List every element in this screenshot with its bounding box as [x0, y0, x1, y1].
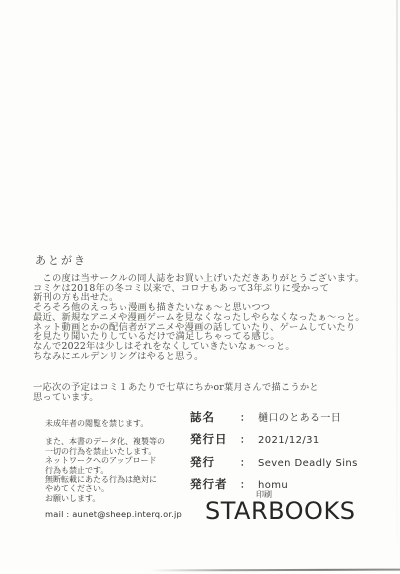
printer-name: STARBOOKS [205, 497, 355, 525]
colophon-separator: ： [240, 454, 258, 469]
colophon-label: 発行日 [190, 431, 240, 447]
text-line: 行為も禁止です。 [45, 466, 190, 475]
colophon-value: 2021/12/31 [258, 435, 320, 446]
scanned-afterword-page: あとがき この度は当サークルの同人誌をお買い上げいただきありがとうございます。 … [0, 0, 400, 574]
colophon-separator: ： [240, 431, 258, 446]
mail-address: mail : aunet@sheep.interq.or.jp [45, 510, 190, 519]
colophon-label: 誌名 [190, 409, 240, 425]
colophon-row-publisher: 発行 ： Seven Deadly Sins [190, 454, 390, 476]
text-line: やめてください。 [45, 484, 190, 493]
colophon-row-author: 発行者 ： homu [190, 476, 390, 498]
age-restriction-notice: 未成年者の閲覧を禁じます。 [45, 419, 190, 428]
text-line: ネットワークへのアップロード [45, 456, 190, 465]
text-line: 思っています。 [33, 393, 391, 403]
text-line: また、本書のデータ化、複製等の [45, 437, 190, 446]
copyright-notice: また、本書のデータ化、複製等の 一切の行為を禁止いたします。 ネットワークへのア… [45, 437, 190, 503]
afterword-paragraph-2: 一応次の予定はコミ１あたりで七草にちかor葉月さんで描こうかと 思っています。 [33, 383, 391, 403]
afterword-paragraph-1: この度は当サークルの同人誌をお買い上げいただきありがとうございます。 コミケは2… [33, 274, 391, 361]
colophon-value: Seven Deadly Sins [258, 458, 358, 469]
colophon-separator: ： [240, 409, 258, 424]
scan-edge-right [396, 0, 398, 545]
colophon-label: 発行 [190, 454, 240, 470]
text-line: 無断転載にあたる行為は絶対に [45, 475, 190, 484]
afterword-heading: あとがき [35, 252, 87, 268]
text-line: 一切の行為を禁止いたします。 [45, 447, 190, 456]
colophon: 誌名 ： 樋口のとある一日 発行日 ： 2021/12/31 発行 ： Seve… [190, 409, 390, 499]
colophon-row-title: 誌名 ： 樋口のとある一日 [190, 409, 390, 431]
colophon-value: 樋口のとある一日 [258, 409, 341, 424]
scan-edge-bottom [150, 569, 400, 572]
colophon-row-date: 発行日 ： 2021/12/31 [190, 431, 390, 453]
text-line: ちなみにエルデンリングはやると思う。 [33, 352, 391, 362]
disclaimer-block: 未成年者の閲覧を禁じます。 また、本書のデータ化、複製等の 一切の行為を禁止いた… [45, 419, 190, 520]
colophon-label: 発行者 [190, 476, 240, 492]
text-line: お願いします。 [45, 494, 190, 503]
